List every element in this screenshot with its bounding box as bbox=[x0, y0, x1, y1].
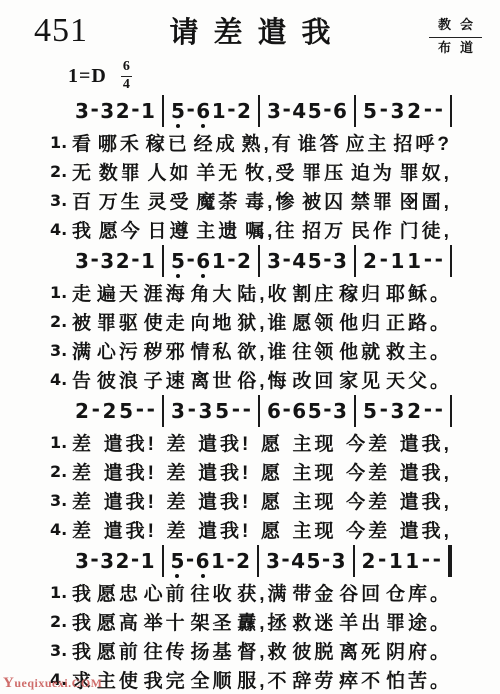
lyric-group: 往收 bbox=[190, 579, 234, 606]
lyric-group: 遣我, bbox=[400, 458, 452, 485]
verse-number: 1. bbox=[50, 133, 72, 152]
duration-dash: - bbox=[186, 99, 194, 119]
lyric-line: 1.看哪禾稼已经成熟,有谁答应主招呼? bbox=[0, 128, 500, 157]
duration-dash: - bbox=[282, 249, 290, 269]
duration-dash: - bbox=[90, 99, 98, 119]
lyric-group: 数罪 bbox=[99, 158, 143, 185]
duration-dash: - bbox=[323, 99, 331, 119]
note: 4 bbox=[292, 101, 306, 121]
lyric-group: 愿前 bbox=[97, 637, 141, 664]
duration-dash: - bbox=[433, 549, 441, 569]
duration-dash: - bbox=[226, 549, 234, 569]
lyric-group: 魔荼 bbox=[196, 187, 240, 214]
lyric-group: 差 bbox=[166, 487, 188, 514]
meter-numerator: 6 bbox=[121, 60, 132, 77]
lyric-group: 欲,谁 bbox=[237, 337, 289, 364]
lyric-group: 招呼? bbox=[393, 129, 452, 156]
time-signature: 6 4 bbox=[121, 60, 132, 92]
lyric-group: 改回 bbox=[292, 366, 336, 393]
duration-dash: - bbox=[380, 249, 388, 269]
lyric-group: 全顺 bbox=[190, 666, 234, 693]
note: 5 bbox=[306, 551, 320, 571]
hymn-title: 请差遣我 bbox=[0, 10, 500, 51]
measure: 3-45-3 bbox=[259, 551, 353, 571]
note: 3 bbox=[100, 251, 114, 271]
note: 5 bbox=[363, 401, 377, 421]
duration-dash: - bbox=[424, 99, 432, 119]
category-label: 教会 布道 bbox=[429, 16, 482, 58]
lyric-group: 怕苦。 bbox=[386, 666, 452, 693]
lyric-group: 遣我! bbox=[104, 487, 157, 514]
lyric-group: 遣我! bbox=[104, 458, 157, 485]
lyric-line: 3.满心污秽邪情私欲,谁往领他就救主。 bbox=[0, 336, 500, 365]
lyric-group: 稼归 bbox=[339, 279, 383, 306]
music-line: 3-32-15-61-23-45-32-11-- bbox=[0, 544, 500, 578]
note: 3 bbox=[75, 551, 89, 571]
final-barline bbox=[448, 545, 452, 577]
verse-number: 3. bbox=[50, 191, 72, 210]
lyric-group: 遣我! bbox=[198, 458, 251, 485]
note: 1 bbox=[212, 101, 226, 121]
lyric-group: 被囚 bbox=[302, 187, 346, 214]
lyric-group: 民作 bbox=[351, 216, 395, 243]
lyric-group: 愿高 bbox=[97, 608, 141, 635]
lyric-group: 我 bbox=[72, 637, 94, 664]
lyric-line: 4.告彼浪子速离世俗,悔改回家见天父。 bbox=[0, 365, 500, 394]
lyric-group: 熟,有 bbox=[242, 129, 294, 156]
lyric-group: 愿今 bbox=[99, 216, 143, 243]
duration-dash: - bbox=[435, 99, 443, 119]
note: 6 bbox=[292, 401, 306, 421]
score-section: 3-32-15-61-23-45-32-11--1.走遍天涯海角大陆,收割庄稼归… bbox=[0, 244, 500, 394]
duration-dash: - bbox=[232, 399, 240, 419]
duration-dash: - bbox=[186, 549, 194, 569]
lyric-group: 狱,谁 bbox=[237, 308, 289, 335]
music-line: 2-25--3-35--6-65-35-32-- bbox=[0, 394, 500, 428]
measure: 3-32-1 bbox=[68, 251, 162, 271]
lyric-group: 家见 bbox=[339, 366, 383, 393]
lyric-group: 割庄 bbox=[292, 279, 336, 306]
watermark-text: Yueqixuexi.COM bbox=[3, 675, 103, 692]
note: 3 bbox=[171, 401, 185, 421]
verse-number: 2. bbox=[50, 462, 72, 481]
lyric-groups: 我愿忠心前往收获,满带金谷回仓库。 bbox=[72, 579, 452, 606]
lyric-group: 遣我! bbox=[198, 487, 251, 514]
lyric-group: 扬基 bbox=[190, 637, 234, 664]
lyric-group: 无 bbox=[72, 158, 94, 185]
lyric-line: 2.无数罪人如羊无牧,受罪压迫为罪奴, bbox=[0, 157, 500, 186]
lyric-group: 愿 bbox=[261, 487, 283, 514]
duration-dash: - bbox=[227, 99, 235, 119]
measure: 3-45-3 bbox=[260, 251, 354, 271]
measure: 3-35-- bbox=[164, 401, 258, 421]
barline bbox=[450, 95, 452, 127]
lyric-group: 应主 bbox=[346, 129, 390, 156]
duration-dash: - bbox=[131, 549, 139, 569]
lyric-group: 今差 bbox=[346, 516, 390, 543]
lyric-group: 心前 bbox=[144, 579, 188, 606]
lyric-group: 架圣 bbox=[190, 608, 234, 635]
barline bbox=[450, 395, 452, 427]
note: 1 bbox=[212, 251, 226, 271]
lyric-line: 2.被罪驱使走向地狱,谁愿领他归正路。 bbox=[0, 307, 500, 336]
note: 2 bbox=[237, 251, 251, 271]
lyric-group: 差 bbox=[72, 429, 94, 456]
duration-dash: - bbox=[380, 99, 388, 119]
lyric-line: 2.我愿高举十架圣纛,拯救迷羊出罪途。 bbox=[0, 607, 500, 636]
lyric-group: 稼已 bbox=[146, 129, 190, 156]
lyric-group: 差 bbox=[72, 458, 94, 485]
lyric-group: 遣我! bbox=[104, 516, 157, 543]
lyric-group: 瘁不 bbox=[339, 666, 383, 693]
duration-dash: - bbox=[424, 249, 432, 269]
lyric-groups: 满心污秽邪情私欲,谁往领他就救主。 bbox=[72, 337, 452, 364]
note: 2 bbox=[237, 101, 251, 121]
lyric-group: 纛,拯 bbox=[237, 608, 289, 635]
verse-number: 4. bbox=[50, 220, 72, 239]
duration-dash: - bbox=[186, 249, 194, 269]
lyric-group: 俗,悔 bbox=[237, 366, 289, 393]
key-meter-line: 1=D 6 4 bbox=[0, 58, 500, 94]
note: 5 bbox=[171, 551, 185, 571]
lyric-group: 羊无 bbox=[196, 158, 240, 185]
lyric-group: 服,不 bbox=[237, 666, 289, 693]
verse-number: 1. bbox=[50, 583, 72, 602]
lyric-group: 我 bbox=[72, 579, 94, 606]
duration-dash: - bbox=[90, 249, 98, 269]
category-bottom: 布道 bbox=[429, 38, 482, 58]
note: 2 bbox=[116, 251, 130, 271]
lyric-group: 门徒, bbox=[400, 216, 452, 243]
duration-dash: - bbox=[380, 399, 388, 419]
note: 5 bbox=[119, 401, 133, 421]
lyric-group: 带金 bbox=[292, 579, 336, 606]
lyric-group: 阴府。 bbox=[386, 637, 452, 664]
lyric-line: 4.我愿今日遵主遗嘱,往招万民作门徒, bbox=[0, 215, 500, 244]
lyric-line: 1.走遍天涯海角大陆,收割庄稼归耶稣。 bbox=[0, 278, 500, 307]
score-sections: 3-32-15-61-23-45-65-32--1.看哪禾稼已经成熟,有谁答应主… bbox=[0, 94, 500, 694]
note: 2 bbox=[103, 401, 117, 421]
lyric-line: 3.百万生灵受魔荼毒,惨被囚禁罪囹圄, bbox=[0, 186, 500, 215]
lyric-group: 离死 bbox=[339, 637, 383, 664]
duration-dash: - bbox=[92, 399, 100, 419]
note: 1 bbox=[407, 251, 421, 271]
lyric-group: 往领 bbox=[292, 337, 336, 364]
lyric-group: 正路。 bbox=[386, 308, 452, 335]
note: 3 bbox=[332, 551, 346, 571]
lyric-group: 遣我, bbox=[400, 429, 452, 456]
lyric-groups: 差遣我!差遣我!愿主现今差遣我, bbox=[72, 429, 452, 456]
duration-dash: - bbox=[424, 399, 432, 419]
verse-number: 1. bbox=[50, 283, 72, 302]
lyric-group: 罪途。 bbox=[386, 608, 452, 635]
lyric-group: 向地 bbox=[190, 308, 234, 335]
lyric-group: 主现 bbox=[293, 516, 337, 543]
lyric-group: 谁答 bbox=[298, 129, 342, 156]
note: 1 bbox=[389, 551, 403, 571]
note: 2 bbox=[115, 551, 129, 571]
note: 5 bbox=[308, 101, 322, 121]
duration-dash: - bbox=[422, 549, 430, 569]
note: 5 bbox=[308, 401, 322, 421]
duration-dash: - bbox=[227, 249, 235, 269]
duration-dash: - bbox=[131, 249, 139, 269]
lyric-group: 日遵 bbox=[148, 216, 192, 243]
lyric-group: 罪驱 bbox=[97, 308, 141, 335]
lyric-group: 他就 bbox=[339, 337, 383, 364]
note: 1 bbox=[141, 101, 155, 121]
note: 3 bbox=[199, 401, 213, 421]
lyric-group: 愿 bbox=[261, 516, 283, 543]
note: 1 bbox=[405, 551, 419, 571]
lyric-group: 遣我! bbox=[198, 516, 251, 543]
duration-dash: - bbox=[243, 399, 251, 419]
verse-number: 2. bbox=[50, 612, 72, 631]
score-section: 3-32-15-61-23-45-32-11--1.我愿忠心前往收获,满带金谷回… bbox=[0, 544, 500, 694]
measure: 2-11-- bbox=[356, 251, 450, 271]
note: 6 bbox=[196, 101, 210, 121]
verse-number: 2. bbox=[50, 312, 72, 331]
lyric-group: 愿领 bbox=[292, 308, 336, 335]
note: 1 bbox=[141, 551, 155, 571]
lyric-group: 差 bbox=[72, 487, 94, 514]
verse-number: 4. bbox=[50, 520, 72, 539]
note: 6 bbox=[196, 551, 210, 571]
lyric-groups: 看哪禾稼已经成熟,有谁答应主招呼? bbox=[72, 129, 452, 156]
verse-number: 3. bbox=[50, 491, 72, 510]
duration-dash: - bbox=[282, 99, 290, 119]
lyric-group: 今差 bbox=[346, 429, 390, 456]
key-signature: 1=D bbox=[68, 65, 107, 88]
lyric-group: 彼脱 bbox=[292, 637, 336, 664]
lyric-group: 仓库。 bbox=[386, 579, 452, 606]
note: 6 bbox=[196, 251, 210, 271]
duration-dash: - bbox=[322, 549, 330, 569]
note: 3 bbox=[333, 251, 347, 271]
lyric-groups: 我愿高举十架圣纛,拯救迷羊出罪途。 bbox=[72, 608, 452, 635]
lyric-group: 秽邪 bbox=[144, 337, 188, 364]
lyric-line: 1.差遣我!差遣我!愿主现今差遣我, bbox=[0, 428, 500, 457]
music-line: 3-32-15-61-23-45-65-32-- bbox=[0, 94, 500, 128]
lyric-line: 4.差遣我!差遣我!愿主现今差遣我, bbox=[0, 515, 500, 544]
note: 2 bbox=[407, 401, 421, 421]
lyric-group: 我 bbox=[72, 216, 94, 243]
note: 1 bbox=[391, 251, 405, 271]
note: 3 bbox=[75, 101, 89, 121]
lyric-group: 告 bbox=[72, 366, 94, 393]
note: 3 bbox=[333, 401, 347, 421]
lyric-groups: 告彼浪子速离世俗,悔改回家见天父。 bbox=[72, 366, 452, 393]
duration-dash: - bbox=[435, 399, 443, 419]
lyric-group: 人如 bbox=[148, 158, 192, 185]
lyric-group: 谷回 bbox=[339, 579, 383, 606]
lyric-group: 遍天 bbox=[97, 279, 141, 306]
note: 5 bbox=[171, 101, 185, 121]
lyric-group: 满 bbox=[72, 337, 94, 364]
lyric-group: 灵受 bbox=[148, 187, 192, 214]
lyric-group: 我完 bbox=[144, 666, 188, 693]
lyric-group: 差 bbox=[166, 516, 188, 543]
verse-number: 1. bbox=[50, 433, 72, 452]
duration-dash: - bbox=[323, 249, 331, 269]
lyric-group: 举十 bbox=[144, 608, 188, 635]
lyric-group: 走 bbox=[72, 279, 94, 306]
duration-dash: - bbox=[378, 549, 386, 569]
lyric-group: 我 bbox=[72, 608, 94, 635]
lyric-group: 遣我! bbox=[198, 429, 251, 456]
lyric-group: 迫为 bbox=[351, 158, 395, 185]
note: 5 bbox=[308, 251, 322, 271]
lyric-group: 获,满 bbox=[237, 579, 289, 606]
note: 3 bbox=[391, 401, 405, 421]
duration-dash: - bbox=[323, 399, 331, 419]
note: 6 bbox=[333, 101, 347, 121]
lyric-groups: 无数罪人如羊无牧,受罪压迫为罪奴, bbox=[72, 158, 452, 185]
lyric-group: 情私 bbox=[190, 337, 234, 364]
measure: 3-45-6 bbox=[260, 101, 354, 121]
score-section: 2-25--3-35--6-65-35-32--1.差遣我!差遣我!愿主现今差遣… bbox=[0, 394, 500, 544]
lyric-groups: 求主使我完全顺服,不辞劳瘁不怕苦。 bbox=[72, 666, 452, 693]
note: 1 bbox=[141, 251, 155, 271]
lyric-group: 耶稣。 bbox=[386, 279, 452, 306]
lyric-group: 罪奴, bbox=[400, 158, 452, 185]
duration-dash: - bbox=[136, 399, 144, 419]
lyric-group: 主遗 bbox=[196, 216, 240, 243]
lyric-group: 哪禾 bbox=[98, 129, 142, 156]
note: 3 bbox=[266, 551, 280, 571]
note: 3 bbox=[100, 101, 114, 121]
lyric-group: 遣我, bbox=[400, 487, 452, 514]
lyric-group: 救迷 bbox=[292, 608, 336, 635]
lyric-group: 子速 bbox=[144, 366, 188, 393]
lyric-group: 百 bbox=[72, 187, 94, 214]
measure: 5-61-2 bbox=[164, 251, 258, 271]
hymn-sheet-page: 451 请差遣我 教会 布道 1=D 6 4 3-32-15-61-23-45-… bbox=[0, 0, 500, 694]
note: 2 bbox=[407, 101, 421, 121]
lyric-group: 救主。 bbox=[386, 337, 452, 364]
lyric-group: 往传 bbox=[144, 637, 188, 664]
lyric-groups: 走遍天涯海角大陆,收割庄稼归耶稣。 bbox=[72, 279, 452, 306]
lyric-group: 万生 bbox=[99, 187, 143, 214]
measure: 6-65-3 bbox=[260, 401, 354, 421]
note: 2 bbox=[75, 401, 89, 421]
lyric-group: 经成 bbox=[194, 129, 238, 156]
lyric-group: 差 bbox=[166, 429, 188, 456]
music-line: 3-32-15-61-23-45-32-11-- bbox=[0, 244, 500, 278]
lyric-group: 差 bbox=[72, 516, 94, 543]
lyric-group: 遣我! bbox=[104, 429, 157, 456]
measure: 5-61-2 bbox=[164, 101, 258, 121]
lyric-group: 使走 bbox=[144, 308, 188, 335]
lyric-group: 督,救 bbox=[237, 637, 289, 664]
measure: 2-11-- bbox=[355, 551, 449, 571]
duration-dash: - bbox=[435, 249, 443, 269]
lyric-group: 差 bbox=[166, 458, 188, 485]
note: 2 bbox=[363, 251, 377, 271]
lyric-group: 招万 bbox=[302, 216, 346, 243]
note: 5 bbox=[215, 401, 229, 421]
duration-dash: - bbox=[281, 549, 289, 569]
lyric-group: 禁罪 bbox=[351, 187, 395, 214]
lyric-group: 主使 bbox=[97, 666, 141, 693]
note: 3 bbox=[391, 101, 405, 121]
meter-denominator: 4 bbox=[123, 77, 130, 93]
verse-number: 3. bbox=[50, 641, 72, 660]
lyric-group: 主现 bbox=[293, 458, 337, 485]
lyric-group: 他归 bbox=[339, 308, 383, 335]
measure: 5-61-2 bbox=[164, 551, 258, 571]
lyric-line: 2.差遣我!差遣我!愿主现今差遣我, bbox=[0, 457, 500, 486]
note: 3 bbox=[100, 551, 114, 571]
lyric-group: 今差 bbox=[346, 458, 390, 485]
duration-dash: - bbox=[147, 399, 155, 419]
measure: 2-25-- bbox=[68, 401, 162, 421]
lyric-group: 看 bbox=[72, 129, 94, 156]
measure: 3-32-1 bbox=[68, 101, 162, 121]
lyric-group: 嘱,往 bbox=[245, 216, 297, 243]
lyric-groups: 我愿今日遵主遗嘱,往招万民作门徒, bbox=[72, 216, 452, 243]
measure: 5-32-- bbox=[356, 101, 450, 121]
lyric-group: 涯海 bbox=[144, 279, 188, 306]
verse-number: 3. bbox=[50, 341, 72, 360]
note: 3 bbox=[267, 251, 281, 271]
lyric-group: 愿 bbox=[261, 429, 283, 456]
lyric-group: 今差 bbox=[346, 487, 390, 514]
sheet-header: 451 请差遣我 教会 布道 bbox=[0, 0, 500, 58]
note: 4 bbox=[291, 551, 305, 571]
score-section: 3-32-15-61-23-45-65-32--1.看哪禾稼已经成熟,有谁答应主… bbox=[0, 94, 500, 244]
note: 3 bbox=[267, 101, 281, 121]
duration-dash: - bbox=[131, 99, 139, 119]
duration-dash: - bbox=[188, 399, 196, 419]
category-top: 教会 bbox=[429, 16, 482, 38]
lyric-line: 3.我愿前往传扬基督,救彼脱离死阴府。 bbox=[0, 636, 500, 665]
lyric-group: 愿忠 bbox=[97, 579, 141, 606]
note: 5 bbox=[171, 251, 185, 271]
lyric-group: 愿 bbox=[261, 458, 283, 485]
note: 2 bbox=[236, 551, 250, 571]
lyric-group: 牧,受 bbox=[245, 158, 297, 185]
duration-dash: - bbox=[282, 399, 290, 419]
lyric-groups: 百万生灵受魔荼毒,惨被囚禁罪囹圄, bbox=[72, 187, 452, 214]
measure: 5-32-- bbox=[356, 401, 450, 421]
verse-number: 4. bbox=[50, 370, 72, 389]
lyric-group: 毒,惨 bbox=[245, 187, 297, 214]
lyric-group: 天父。 bbox=[386, 366, 452, 393]
lyric-group: 辞劳 bbox=[292, 666, 336, 693]
note: 4 bbox=[292, 251, 306, 271]
lyric-group: 遣我, bbox=[400, 516, 452, 543]
lyric-group: 陆,收 bbox=[237, 279, 289, 306]
verse-number: 2. bbox=[50, 162, 72, 181]
note: 3 bbox=[75, 251, 89, 271]
lyric-groups: 差遣我!差遣我!愿主现今差遣我, bbox=[72, 516, 452, 543]
lyric-group: 囹圄, bbox=[400, 187, 452, 214]
note: 2 bbox=[116, 101, 130, 121]
lyric-group: 角大 bbox=[190, 279, 234, 306]
barline bbox=[450, 245, 452, 277]
lyric-line: 1.我愿忠心前往收获,满带金谷回仓库。 bbox=[0, 578, 500, 607]
lyric-group: 羊出 bbox=[339, 608, 383, 635]
note: 1 bbox=[211, 551, 225, 571]
lyric-groups: 差遣我!差遣我!愿主现今差遣我, bbox=[72, 458, 452, 485]
lyric-group: 主现 bbox=[293, 429, 337, 456]
note: 5 bbox=[363, 101, 377, 121]
lyric-groups: 被罪驱使走向地狱,谁愿领他归正路。 bbox=[72, 308, 452, 335]
lyric-group: 心污 bbox=[97, 337, 141, 364]
lyric-groups: 我愿前往传扬基督,救彼脱离死阴府。 bbox=[72, 637, 452, 664]
lyric-group: 被 bbox=[72, 308, 94, 335]
